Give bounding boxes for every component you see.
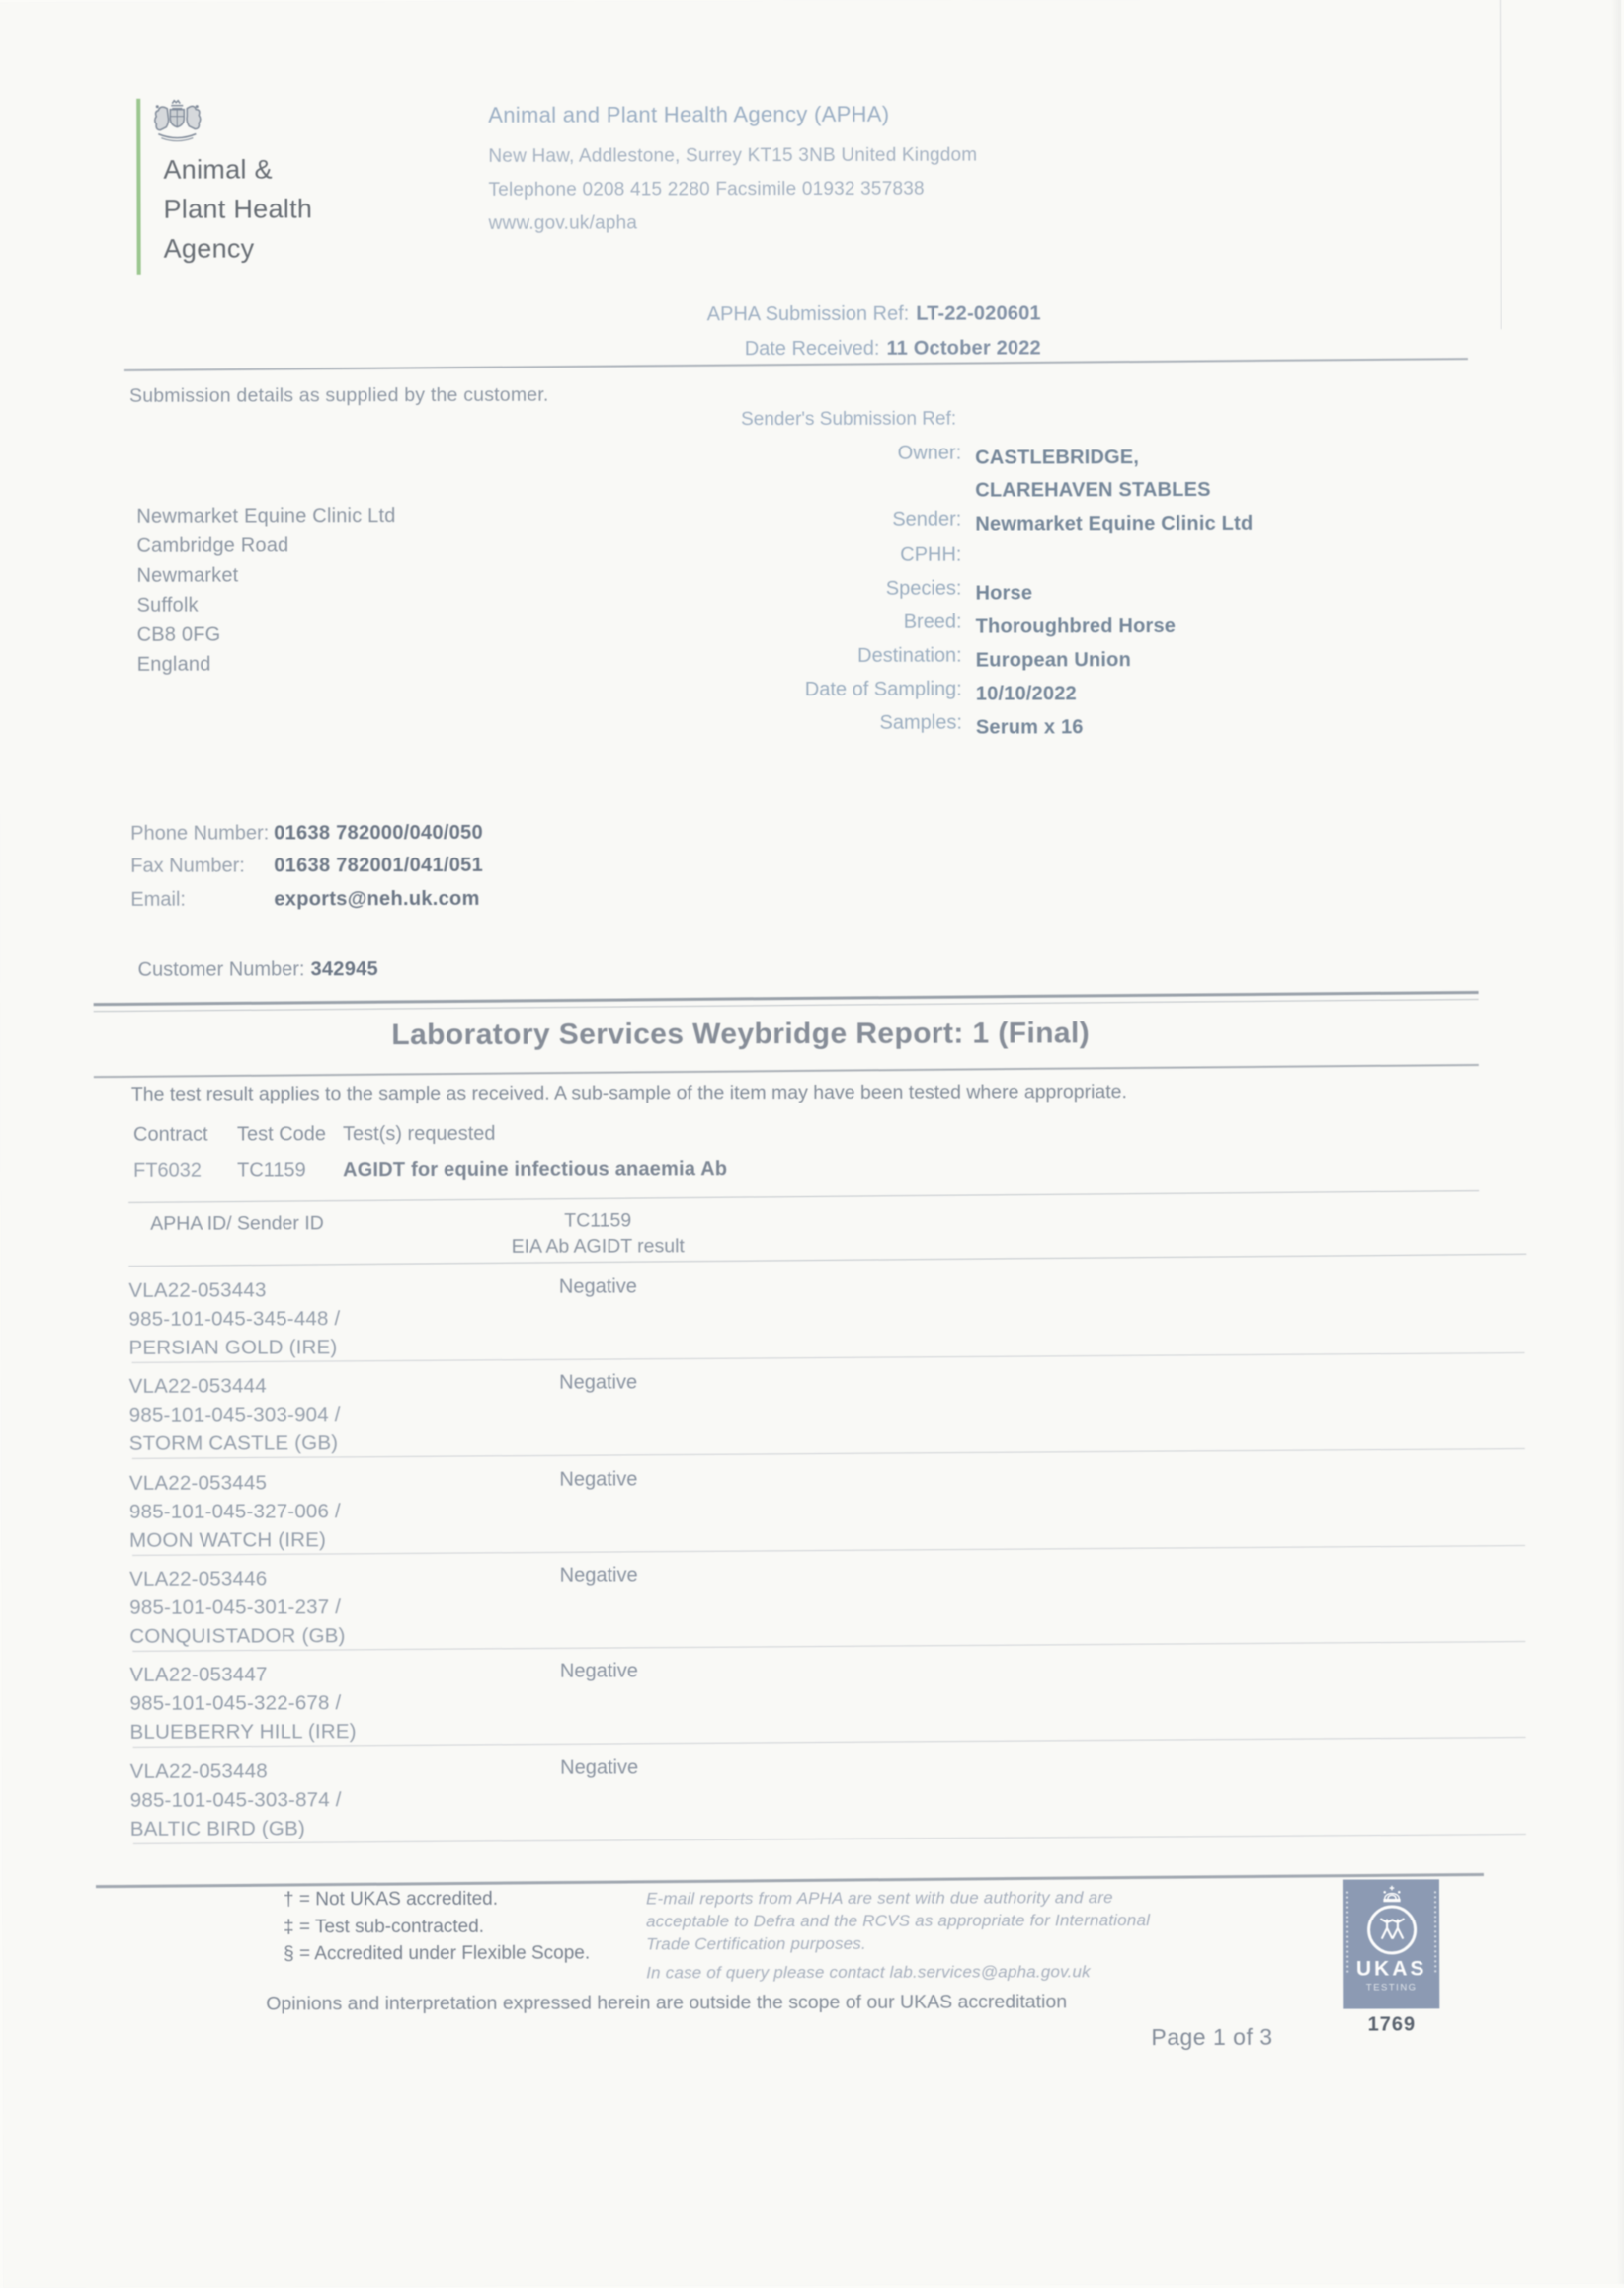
field-value-line2: CLAREHAVEN STABLES xyxy=(975,473,1489,507)
royal-crest-icon xyxy=(145,97,208,155)
report-note: The test result applies to the sample as… xyxy=(131,1080,1435,1105)
scan-artifact-line xyxy=(1500,0,1502,329)
date-received-value: 11 October 2022 xyxy=(886,337,1040,359)
separator-line xyxy=(128,1190,1479,1203)
field-value: Horse xyxy=(976,576,1490,610)
submission-details-heading: Submission details as supplied by the cu… xyxy=(129,384,549,408)
field-label: CPHH: xyxy=(769,544,961,568)
apha-submission-ref-value: LT-22-020601 xyxy=(916,302,1041,324)
letterhead-website: www.gov.uk/apha xyxy=(489,205,1101,241)
customer-number-label: Customer Number: xyxy=(138,958,305,980)
field-label: Sender: xyxy=(769,509,961,532)
horse-name: CONQUISTADOR (GB) xyxy=(129,1621,345,1651)
results-id-header: APHA ID/ Sender ID xyxy=(150,1212,324,1235)
apha-submission-ref-label: APHA Submission Ref: xyxy=(707,303,910,326)
notice-line: acceptable to Defra and the RCVS as appr… xyxy=(646,1909,1150,1932)
microchip-id: 985-101-045-345-448 / xyxy=(128,1304,340,1334)
field-value: European Union xyxy=(976,643,1490,677)
detail-field-destination: Destination: European Union xyxy=(770,643,1501,645)
field-label: Destination: xyxy=(770,645,962,669)
customer-number-row: Customer Number:342945 xyxy=(138,958,379,982)
sample-row-id: VLA22-053443 985-101-045-345-448 / PERSI… xyxy=(128,1275,340,1362)
apha-id: VLA22-053445 xyxy=(129,1468,341,1498)
field-label: Species: xyxy=(770,578,962,602)
apha-id: VLA22-053447 xyxy=(129,1660,356,1689)
apha-id: VLA22-053448 xyxy=(130,1757,342,1786)
sample-row-id: VLA22-053445 985-101-045-327-006 / MOON … xyxy=(129,1468,341,1555)
sample-row-id: VLA22-053444 985-101-045-303-904 / STORM… xyxy=(129,1371,341,1458)
address-line: England xyxy=(137,649,396,680)
authority-notice: E-mail reports from APHA are sent with d… xyxy=(646,1886,1150,1984)
fax-value: 01638 782001/041/051 xyxy=(274,855,483,878)
separator-line xyxy=(94,1064,1479,1078)
separator-line xyxy=(94,991,1479,1006)
address-line: Suffolk xyxy=(137,590,396,620)
apha-logo-wordmark: Animal & Plant Health Agency xyxy=(163,149,312,268)
field-label: Samples: xyxy=(770,712,962,736)
address-line: Cambridge Road xyxy=(136,531,395,561)
field-value: 10/10/2022 xyxy=(976,677,1490,710)
letterhead-block: Animal and Plant Health Agency (APHA) Ne… xyxy=(488,101,1100,241)
result-value: Negative xyxy=(450,1371,747,1395)
result-value: Negative xyxy=(450,1660,747,1683)
horse-name: BLUEBERRY HILL (IRE) xyxy=(130,1717,357,1747)
horse-name: STORM CASTLE (GB) xyxy=(129,1429,341,1458)
customer-number-value: 342945 xyxy=(310,958,378,980)
ukas-testing-label: TESTING xyxy=(1366,1982,1418,1993)
horse-name: PERSIAN GOLD (IRE) xyxy=(129,1333,341,1362)
legend-line: ‡ = Test sub-contracted. xyxy=(284,1913,590,1940)
microchip-id: 985-101-045-303-904 / xyxy=(129,1400,341,1430)
sample-row-id: VLA22-053446 985-101-045-301-237 / CONQU… xyxy=(129,1564,346,1651)
phone-label: Phone Number: xyxy=(130,822,269,845)
field-value: Thoroughbred Horse xyxy=(976,610,1490,643)
field-label: Date of Sampling: xyxy=(770,679,962,702)
address-line: Newmarket xyxy=(136,560,395,591)
scanned-lab-report-page: Animal & Plant Health Agency Animal and … xyxy=(0,0,1624,2288)
horse-name: MOON WATCH (IRE) xyxy=(129,1525,341,1555)
sample-row-id: VLA22-053448 985-101-045-303-874 / BALTI… xyxy=(130,1757,342,1843)
microchip-id: 985-101-045-322-678 / xyxy=(129,1688,356,1718)
contract-value: FT6032 xyxy=(133,1160,202,1183)
legend-line: § = Accredited under Flexible Scope. xyxy=(284,1940,590,1968)
field-value xyxy=(975,542,1489,543)
microchip-id: 985-101-045-327-006 / xyxy=(129,1497,341,1526)
detail-field-date-of-sampling: Date of Sampling: 10/10/2022 xyxy=(770,677,1501,679)
microchip-id: 985-101-045-301-237 / xyxy=(129,1593,345,1622)
testcode-col-header: Test Code xyxy=(237,1123,326,1146)
result-value: Negative xyxy=(451,1757,748,1780)
ukas-microtext-right xyxy=(1434,1891,1436,1975)
fax-label: Fax Number: xyxy=(130,856,245,878)
logo-line: Agency xyxy=(164,228,313,268)
email-value: exports@neh.uk.com xyxy=(274,888,479,912)
detail-field-owner: Owner: CASTLEBRIDGE,CLAREHAVEN STABLES xyxy=(769,441,1500,443)
notice-line: Trade Certification purposes. xyxy=(646,1931,1150,1955)
query-contact-line: In case of query please contact lab.serv… xyxy=(646,1960,1150,1984)
result-value: Negative xyxy=(450,1468,747,1492)
field-label: Breed: xyxy=(770,612,962,635)
detail-field-cphh: CPHH: xyxy=(769,542,1500,544)
apha-id: VLA22-053446 xyxy=(129,1564,345,1593)
sample-row-id: VLA22-053447 985-101-045-322-678 / BLUEB… xyxy=(129,1660,356,1747)
result-value: Negative xyxy=(450,1564,747,1588)
scan-edge-shadow xyxy=(1611,0,1624,2284)
ukas-microtext-left xyxy=(1346,1892,1348,1976)
senders-submission-ref-label: Sender's Submission Ref: xyxy=(741,409,956,432)
detail-field-samples: Samples: Serum x 16 xyxy=(770,710,1501,712)
legend-line: † = Not UKAS accredited. xyxy=(284,1886,590,1914)
letterhead-address: New Haw, Addlestone, Surrey KT15 3NB Uni… xyxy=(488,138,1100,174)
customer-address-block: Newmarket Equine Clinic Ltd Cambridge Ro… xyxy=(136,501,396,680)
horse-name: BALTIC BIRD (GB) xyxy=(130,1814,342,1843)
opinions-note: Opinions and interpretation expressed he… xyxy=(266,1991,1067,2015)
ukas-lab-number: 1769 xyxy=(1343,2013,1439,2036)
tests-requested-col-header: Test(s) requested xyxy=(343,1123,496,1146)
notice-line: E-mail reports from APHA are sent with d… xyxy=(646,1886,1150,1910)
submission-ref-block: APHA Submission Ref:LT-22-020601 Date Re… xyxy=(690,296,1041,367)
field-value: CASTLEBRIDGE, xyxy=(975,441,1489,474)
field-label: Owner: xyxy=(769,443,961,466)
ukas-crown-icon xyxy=(1377,1884,1405,1904)
field-value: Serum x 16 xyxy=(976,710,1490,744)
field-value: Newmarket Equine Clinic Ltd xyxy=(975,507,1489,540)
separator-line xyxy=(128,1254,1526,1267)
letterhead-phone-fax: Telephone 0208 415 2280 Facsimile 01932 … xyxy=(488,172,1100,207)
detail-field-species: Species: Horse xyxy=(770,576,1501,578)
ukas-figures-icon xyxy=(1367,1905,1417,1954)
results-column-header: TC1159 EIA Ab AGIDT result xyxy=(449,1207,746,1260)
contract-col-header: Contract xyxy=(133,1124,208,1147)
page-number: Page 1 of 3 xyxy=(1151,2024,1272,2051)
address-line: CB8 0FG xyxy=(137,619,396,650)
apha-logo-green-bar xyxy=(136,99,140,275)
address-line: Newmarket Equine Clinic Ltd xyxy=(136,501,395,531)
ukas-accreditation-logo: UKAS TESTING xyxy=(1343,1879,1439,2008)
accreditation-legend: † = Not UKAS accredited. ‡ = Test sub-co… xyxy=(284,1886,590,1968)
results-testcode: TC1159 xyxy=(449,1207,746,1234)
row-separator-line xyxy=(132,1352,1525,1363)
detail-field-breed: Breed: Thoroughbred Horse xyxy=(770,610,1501,612)
row-separator-line xyxy=(132,1545,1525,1556)
results-test-name: EIA Ab AGIDT result xyxy=(449,1233,746,1260)
microchip-id: 985-101-045-303-874 / xyxy=(130,1785,342,1815)
email-label: Email: xyxy=(130,889,186,912)
test-requested-value: AGIDT for equine infectious anaemia Ab xyxy=(343,1158,727,1182)
report-title: Laboratory Services Weybridge Report: 1 … xyxy=(94,1016,1388,1052)
ukas-wordmark: UKAS xyxy=(1356,1957,1427,1981)
row-separator-line xyxy=(133,1834,1526,1844)
logo-line: Animal & xyxy=(163,149,312,189)
letterhead-agency-title: Animal and Plant Health Agency (APHA) xyxy=(488,101,1100,128)
detail-field-sender: Sender: Newmarket Equine Clinic Ltd xyxy=(769,507,1500,509)
logo-line: Plant Health xyxy=(163,189,312,228)
result-value: Negative xyxy=(449,1275,746,1299)
phone-value: 01638 782000/040/050 xyxy=(274,822,483,846)
row-separator-line xyxy=(132,1448,1525,1459)
testcode-value: TC1159 xyxy=(237,1159,306,1182)
apha-id: VLA22-053443 xyxy=(128,1275,340,1305)
apha-id: VLA22-053444 xyxy=(129,1371,341,1401)
date-received-label: Date Received: xyxy=(745,338,880,360)
